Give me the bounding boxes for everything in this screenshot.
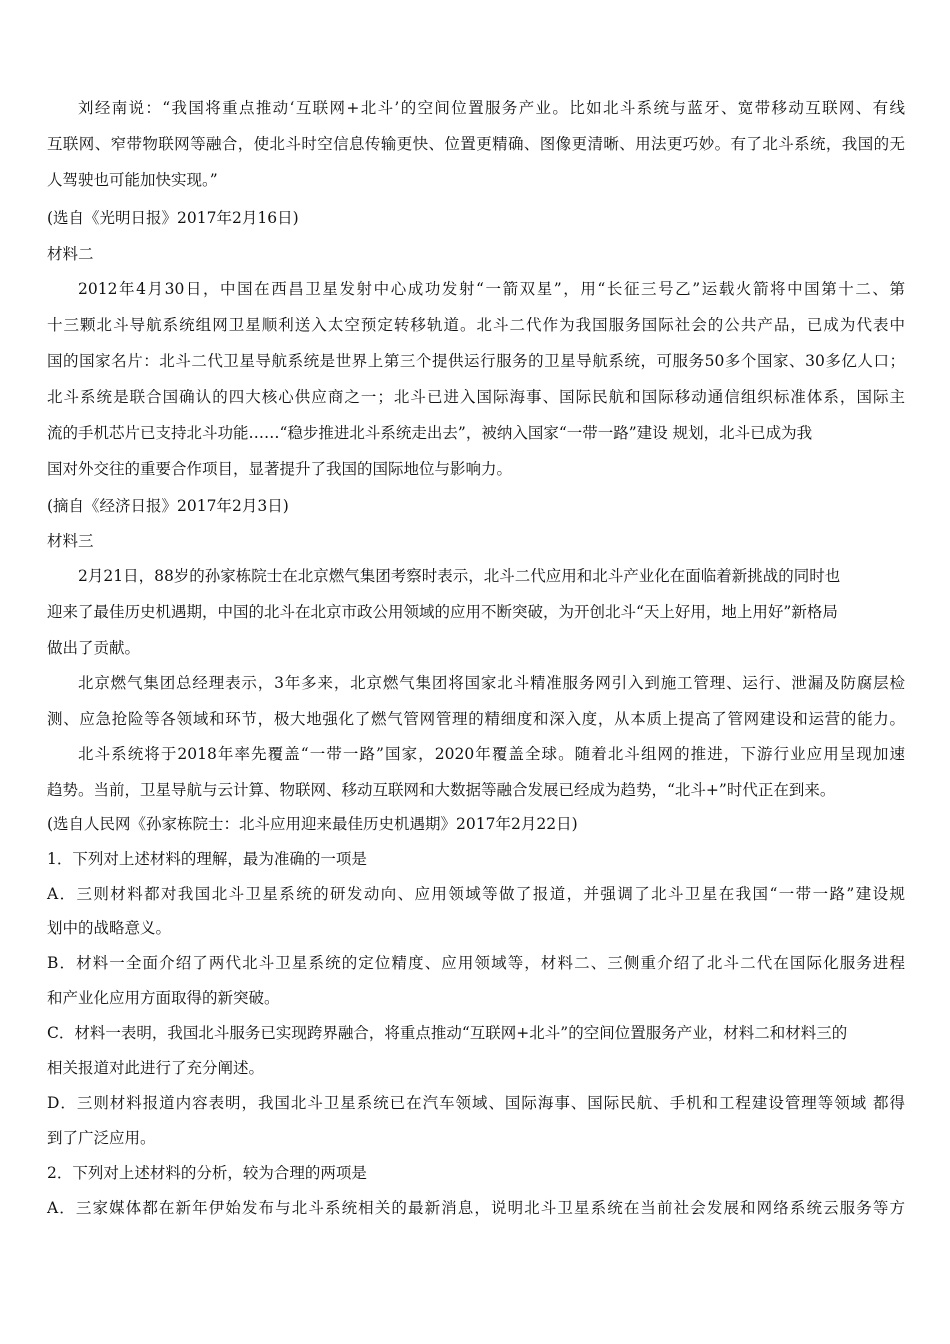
material3-line: 趋势。当前，卫星导航与云计算、物联网、移动互联网和大数据等融合发展已经成为趋势，… (47, 780, 887, 800)
question-1-option-c: C．材料一表明，我国北斗服务已实现跨界融合，将重点推动“互联网+北斗”的空间位置… (47, 1023, 892, 1043)
material2-heading: 材料二 (47, 244, 905, 264)
material3-line: 做出了贡献。 (47, 638, 905, 658)
question-1-stem: 1．下列对上述材料的理解，最为准确的一项是 (47, 849, 905, 869)
document-page: 刘经南说：“我国将重点推动‘互联网+北斗’的空间位置服务产业。比如北斗系统与蓝牙… (0, 0, 950, 1344)
material2-line: 北斗系统是联合国确认的四大核心供应商之一；北斗已进入国际海事、国际民航和国际移动… (47, 387, 905, 407)
material2-line: 十三颗北斗导航系统组网卫星顺利送入太空预定转移轨道。北斗二代作为我国服务国际社会… (47, 315, 905, 335)
question-1-option-a: 划中的战略意义。 (47, 918, 905, 938)
material2-source: (摘自《经济日报》2017年2月3日) (47, 496, 905, 516)
question-2-stem: 2．下列对上述材料的分析，较为合理的两项是 (47, 1163, 905, 1183)
material1-source: (选自《光明日报》2017年2月16日) (47, 208, 905, 228)
question-1-option-b: B．材料一全面介绍了两代北斗卫星系统的定位精度、应用领域等，材料二、三侧重介绍了… (47, 953, 905, 973)
material3-line: 测、应急抢险等各领域和环节，极大地强化了燃气管网管理的精细度和深入度，从本质上提… (47, 709, 905, 729)
material2-line: 2012年4月30日，中国在西昌卫星发射中心成功发射“一箭双星”，用“长征三号乙… (47, 279, 905, 299)
material3-heading: 材料三 (47, 531, 905, 551)
material1-line: 人驾驶也可能加快实现。” (47, 170, 905, 190)
material2-line: 国对外交往的重要合作项目，显著提升了我国的国际地位与影响力。 (47, 459, 905, 479)
question-2-option-a: A．三家媒体都在新年伊始发布与北斗系统相关的最新消息，说明北斗卫星系统在当前社会… (47, 1198, 905, 1218)
material3-line: 2月21日，88岁的孙家栋院士在北京燃气集团考察时表示，北斗二代应用和北斗产业化… (47, 566, 887, 586)
material1-line: 刘经南说：“我国将重点推动‘互联网+北斗’的空间位置服务产业。比如北斗系统与蓝牙… (47, 98, 905, 118)
material2-line: 流的手机芯片已支持北斗功能……“稳步推进北斗系统走出去”，被纳入国家“一带一路”… (47, 423, 892, 443)
question-1-option-c: 相关报道对此进行了充分阐述。 (47, 1058, 905, 1078)
material1-line: 互联网、窄带物联网等融合，使北斗时空信息传输更快、位置更精确、图像更清晰、用法更… (47, 134, 905, 154)
material3-line: 北京燃气集团总经理表示，3年多来，北京燃气集团将国家北斗精准服务网引入到施工管理… (47, 673, 905, 693)
material3-source: (选自人民网《孙家栋院士：北斗应用迎来最佳历史机遇期》2017年2月22日) (47, 814, 905, 834)
question-1-option-d: D．三则材料报道内容表明，我国北斗卫星系统已在汽车领域、国际海事、国际民航、手机… (47, 1093, 905, 1113)
question-1-option-a: A．三则材料都对我国北斗卫星系统的研发动向、应用领域等做了报道，并强调了北斗卫星… (47, 884, 905, 904)
material3-line: 迎来了最佳历史机遇期，中国的北斗在北京市政公用领域的应用不断突破，为开创北斗“天… (47, 602, 892, 622)
material3-line: 北斗系统将于2018年率先覆盖“一带一路”国家，2020年覆盖全球。随着北斗组网… (47, 744, 905, 764)
question-1-option-d: 到了广泛应用。 (47, 1128, 905, 1148)
material2-line: 国的国家名片：北斗二代卫星导航系统是世界上第三个提供运行服务的卫星导航系统，可服… (47, 351, 905, 371)
question-1-option-b: 和产业化应用方面取得的新突破。 (47, 988, 905, 1008)
